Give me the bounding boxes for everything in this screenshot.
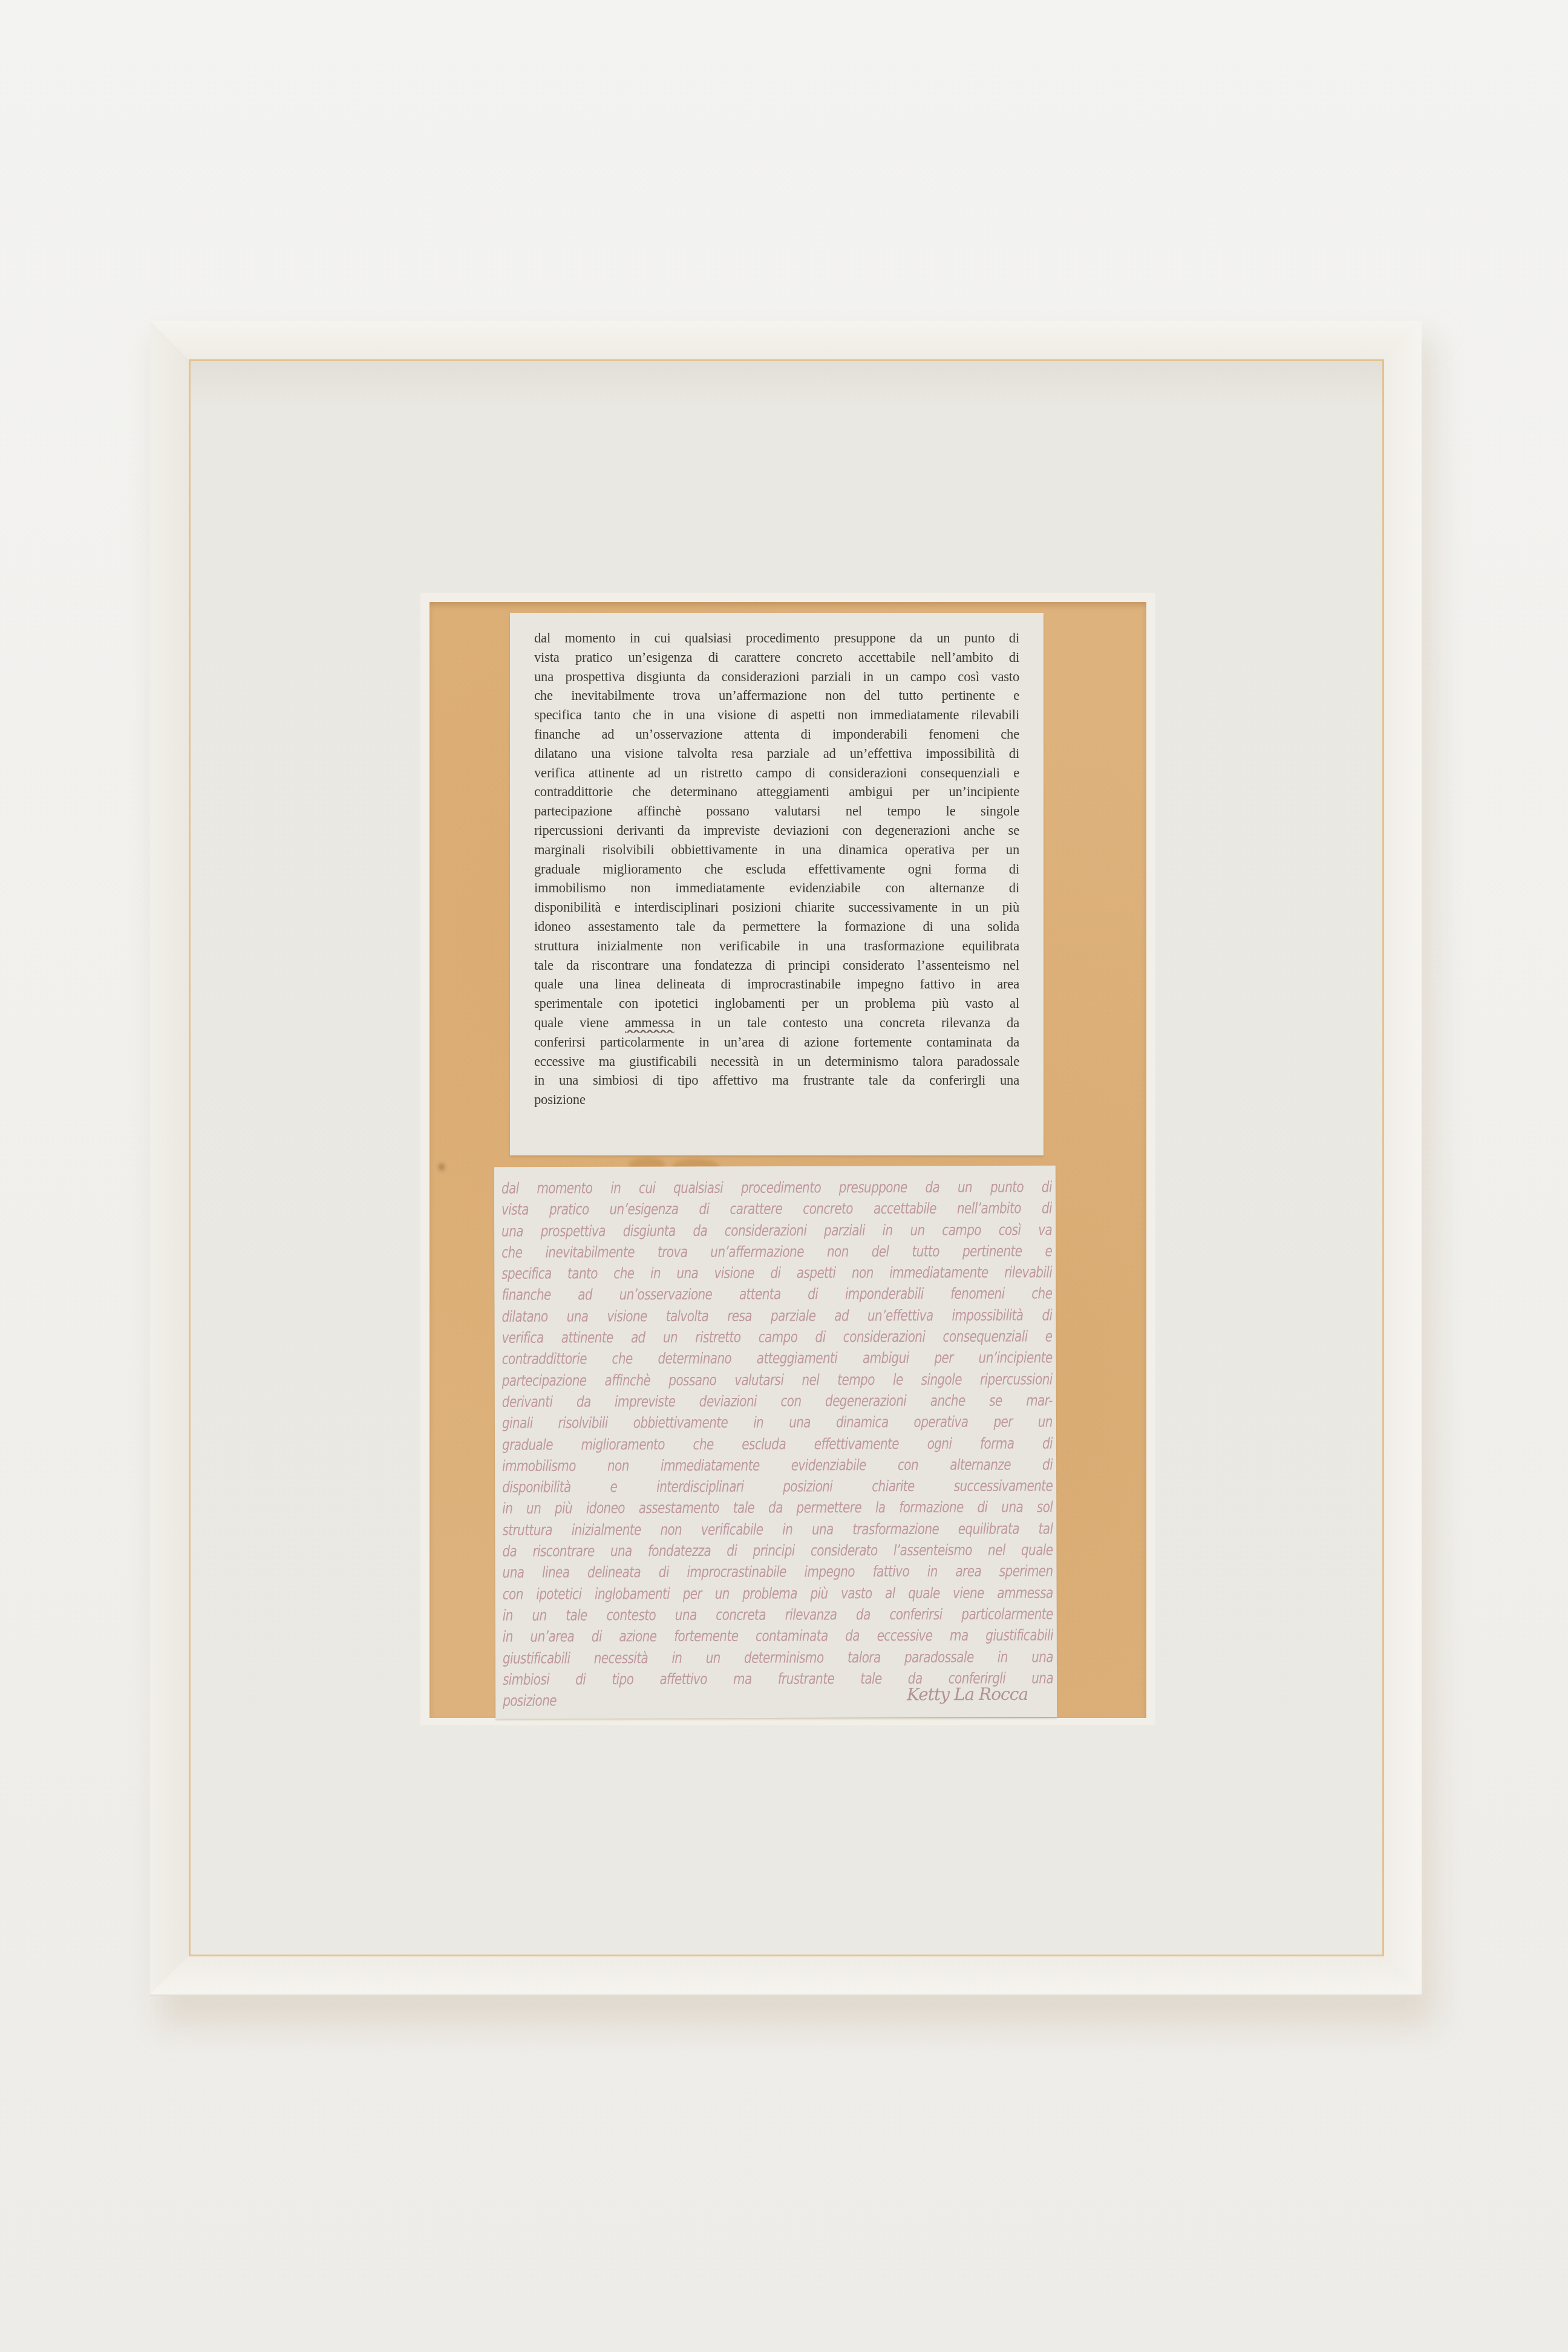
typed-line: posizione [534,1090,1019,1109]
typed-line: eccessive ma giustificabili necessità in… [534,1052,1019,1071]
stain [439,1163,445,1171]
handwritten-sheet: dal momento in cui qualsiasi procediment… [494,1166,1057,1719]
underlined-word: ammessa [625,1015,674,1030]
typed-line: che inevitabilmente trova un’affermazion… [534,686,1019,705]
typed-line: tale da riscontrare una fondatezza di pr… [534,956,1019,975]
typed-line: dal momento in cui qualsiasi procediment… [534,629,1019,648]
typed-line: immobilismo non immediatamente evidenzia… [534,878,1019,898]
typed-line: contraddittorie che determinano atteggia… [534,782,1019,802]
typed-line: idoneo assestamento tale da permettere l… [534,917,1019,936]
typed-line: una prospettiva disgiunta da considerazi… [534,667,1019,687]
typed-line: finanche ad un’osservazione attenta di i… [534,725,1019,744]
typed-line-with-underline: quale viene ammessa in un tale contesto … [534,1013,1019,1033]
typed-line: ripercussioni derivanti da impreviste de… [534,821,1019,840]
frame-rail-bottom [150,1956,1422,1994]
frame-rail-right [1384,321,1422,1994]
typed-line: quale una linea delineata di improcrasti… [534,975,1019,994]
typed-line: disponibilità e interdisciplinari posizi… [534,898,1019,917]
typed-line: sperimentale con ipotetici inglobamenti … [534,994,1019,1013]
typed-text-fragment: in un tale contesto una concreta rilevan… [674,1015,1019,1030]
typed-line: in una simbiosi di tipo affettivo ma fru… [534,1071,1019,1090]
typed-line: graduale miglioramento che escluda effet… [534,860,1019,879]
frame-rail-top [150,321,1422,359]
typed-text-fragment: quale viene [534,1015,625,1030]
typed-text-sheet: dal momento in cui qualsiasi procediment… [510,613,1044,1155]
typed-line: vista pratico un’esigenza di carattere c… [534,648,1019,667]
typed-line: verifica attinente ad un ristretto campo… [534,763,1019,783]
typed-line: marginali risolvibili obbiettivamente in… [534,840,1019,860]
typed-line: conferirsi particolarmente in un’area di… [534,1033,1019,1052]
typed-line: dilatano una visione talvolta resa parzi… [534,744,1019,763]
frame-rail-left [150,321,189,1994]
typed-line: specifica tanto che in una visione di as… [534,705,1019,725]
typed-paragraph: dal momento in cui qualsiasi procediment… [534,629,1019,1109]
artist-signature: Ketty La Rocca [907,1684,1028,1705]
handwritten-paragraph: dal momento in cui qualsiasi procediment… [501,1177,1053,1712]
typed-line: partecipazione affinchè possano valutars… [534,802,1019,821]
typed-line: struttura inizialmente non verificabile … [534,936,1019,956]
